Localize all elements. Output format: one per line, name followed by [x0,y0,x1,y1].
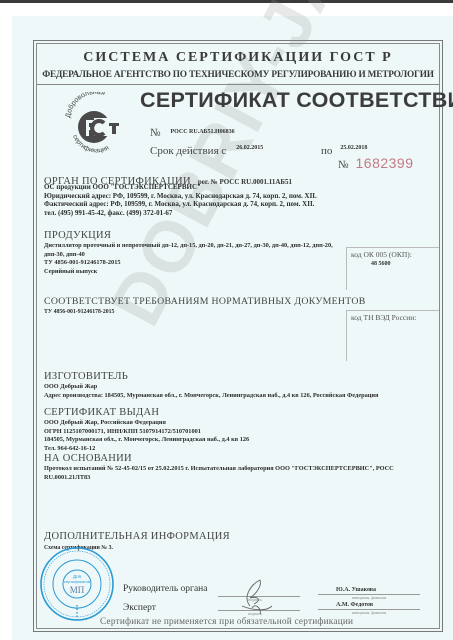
valid-from-date: 26.02.2015 [236,145,263,151]
product-details: Дистиллятор проточный и непроточный дп-1… [44,242,333,276]
head-of-body-label: Руководитель органа [123,584,207,594]
basis-line: Протокол испытаний № 52-45-02/15 от 25.0… [44,465,394,474]
validity-label: Срок действия с [150,145,226,157]
certificate-number: РОСС RU.АБ51.Н06836 [171,129,235,135]
issued-to-details: ООО Добрый Жар, Российская Федерация ОГР… [44,419,249,453]
issued-to-heading: СЕРТИФИКАТ ВЫДАН [44,407,159,418]
certification-body-line: Фактический адрес: РФ, 109599, г. Москва… [44,200,317,209]
issued-to-line: Тел. 964-642-16-12 [44,445,249,454]
handwritten-signature-icon [232,576,282,616]
top-edge-bar [0,0,453,3]
product-heading: ПРОДУКЦИЯ [44,230,111,241]
valid-to-label: по [321,145,332,157]
footer-note: Сертификат не применяется при обязательн… [100,617,353,627]
product-line: дпп-30, дпп-40 [44,251,333,260]
certificate-number-row: № РОСС RU.АБ51.Н06836 [150,123,235,141]
manufacturer-details: ООО Добрый Жар Адрес производства: 18450… [44,383,378,400]
expert-name-caption: инициалы, фамилия [352,610,386,615]
form-number-row: № 1682399 [338,155,414,173]
basis-line: RU.0001.21ЛТ83 [44,474,394,483]
certification-body-stamp-icon: Для сертификатов МП [38,545,116,623]
rs-voluntary-certification-logo-icon: Добровольная сертификация [60,92,132,158]
valid-to-date: 25.02.2018 [340,145,367,151]
issued-to-line: 184505, Мурманская обл., г. Мончегорск, … [44,436,249,445]
manufacturer-line: Адрес производства: 184505, Мурманская о… [44,392,378,401]
form-number-sign: № [338,159,349,171]
conformity-document: ТУ 4856-001-91246178-2015 [44,308,114,317]
okp-code-box: код ОК 005 (ОКП): 48 5600 [346,247,439,290]
svg-text:МП: МП [70,585,85,595]
tnved-code-label: код ТН ВЭД России: [347,311,439,322]
manufacturer-line: ООО Добрый Жар [44,383,378,392]
header-divider [37,84,439,85]
expert-name: А.М. Федотов [336,602,373,608]
validity-row: Срок действия с 26.02.2015 [150,141,263,159]
form-number: 1682399 [356,155,414,171]
expert-label: Эксперт [123,603,156,613]
number-sign: № [150,127,161,139]
conformity-heading: СООТВЕТСТВУЕТ ТРЕБОВАНИЯМ НОРМАТИВНЫХ ДО… [44,296,366,307]
head-of-body-name: Ю.А. Ушакова [336,587,376,593]
issued-to-line: ОГРН 1125107000171, ИНН/КПП 5107914172/5… [44,428,249,437]
product-line: Дистиллятор проточный и непроточный дп-1… [44,242,333,251]
issued-to-line: ООО Добрый Жар, Российская Федерация [44,419,249,428]
head-name-caption: инициалы, фамилия [352,595,386,600]
tnved-code-box: код ТН ВЭД России: [346,310,439,361]
system-title: СИСТЕМА СЕРТИФИКАЦИИ ГОСТ Р [37,50,439,66]
certification-body-line: Юридический адрес: РФ, 109599, г. Москва… [44,192,317,201]
certification-body-line: тел. (495) 991-45-42, факс. (499) 372-01… [44,209,317,218]
basis-heading: НА ОСНОВАНИИ [44,453,132,464]
certification-body-details: ОС продукции ООО "ГОСТЭКСПЕРТСЕРВИС" Юри… [44,183,317,217]
agency-name: ФЕДЕРАЛЬНОЕ АГЕНТСТВО ПО ТЕХНИЧЕСКОМУ РЕ… [37,70,439,80]
okp-code-label: код ОК 005 (ОКП): [347,248,439,259]
product-line: Серийный выпуск [44,268,333,277]
basis-details: Протокол испытаний № 52-45-02/15 от 25.0… [44,465,394,482]
certification-body-line: ОС продукции ООО "ГОСТЭКСПЕРТСЕРВИС" [44,183,317,192]
document-title: СЕРТИФИКАТ СООТВЕТСТВИЯ [140,88,453,113]
okp-code-value: 48 5600 [347,259,439,267]
svg-text:сертификатов: сертификатов [64,579,90,584]
manufacturer-heading: ИЗГОТОВИТЕЛЬ [44,371,128,382]
additional-info-heading: ДОПОЛНИТЕЛЬНАЯ ИНФОРМАЦИЯ [44,531,230,542]
product-line: ТУ 4856-001-91246178-2015 [44,259,333,268]
